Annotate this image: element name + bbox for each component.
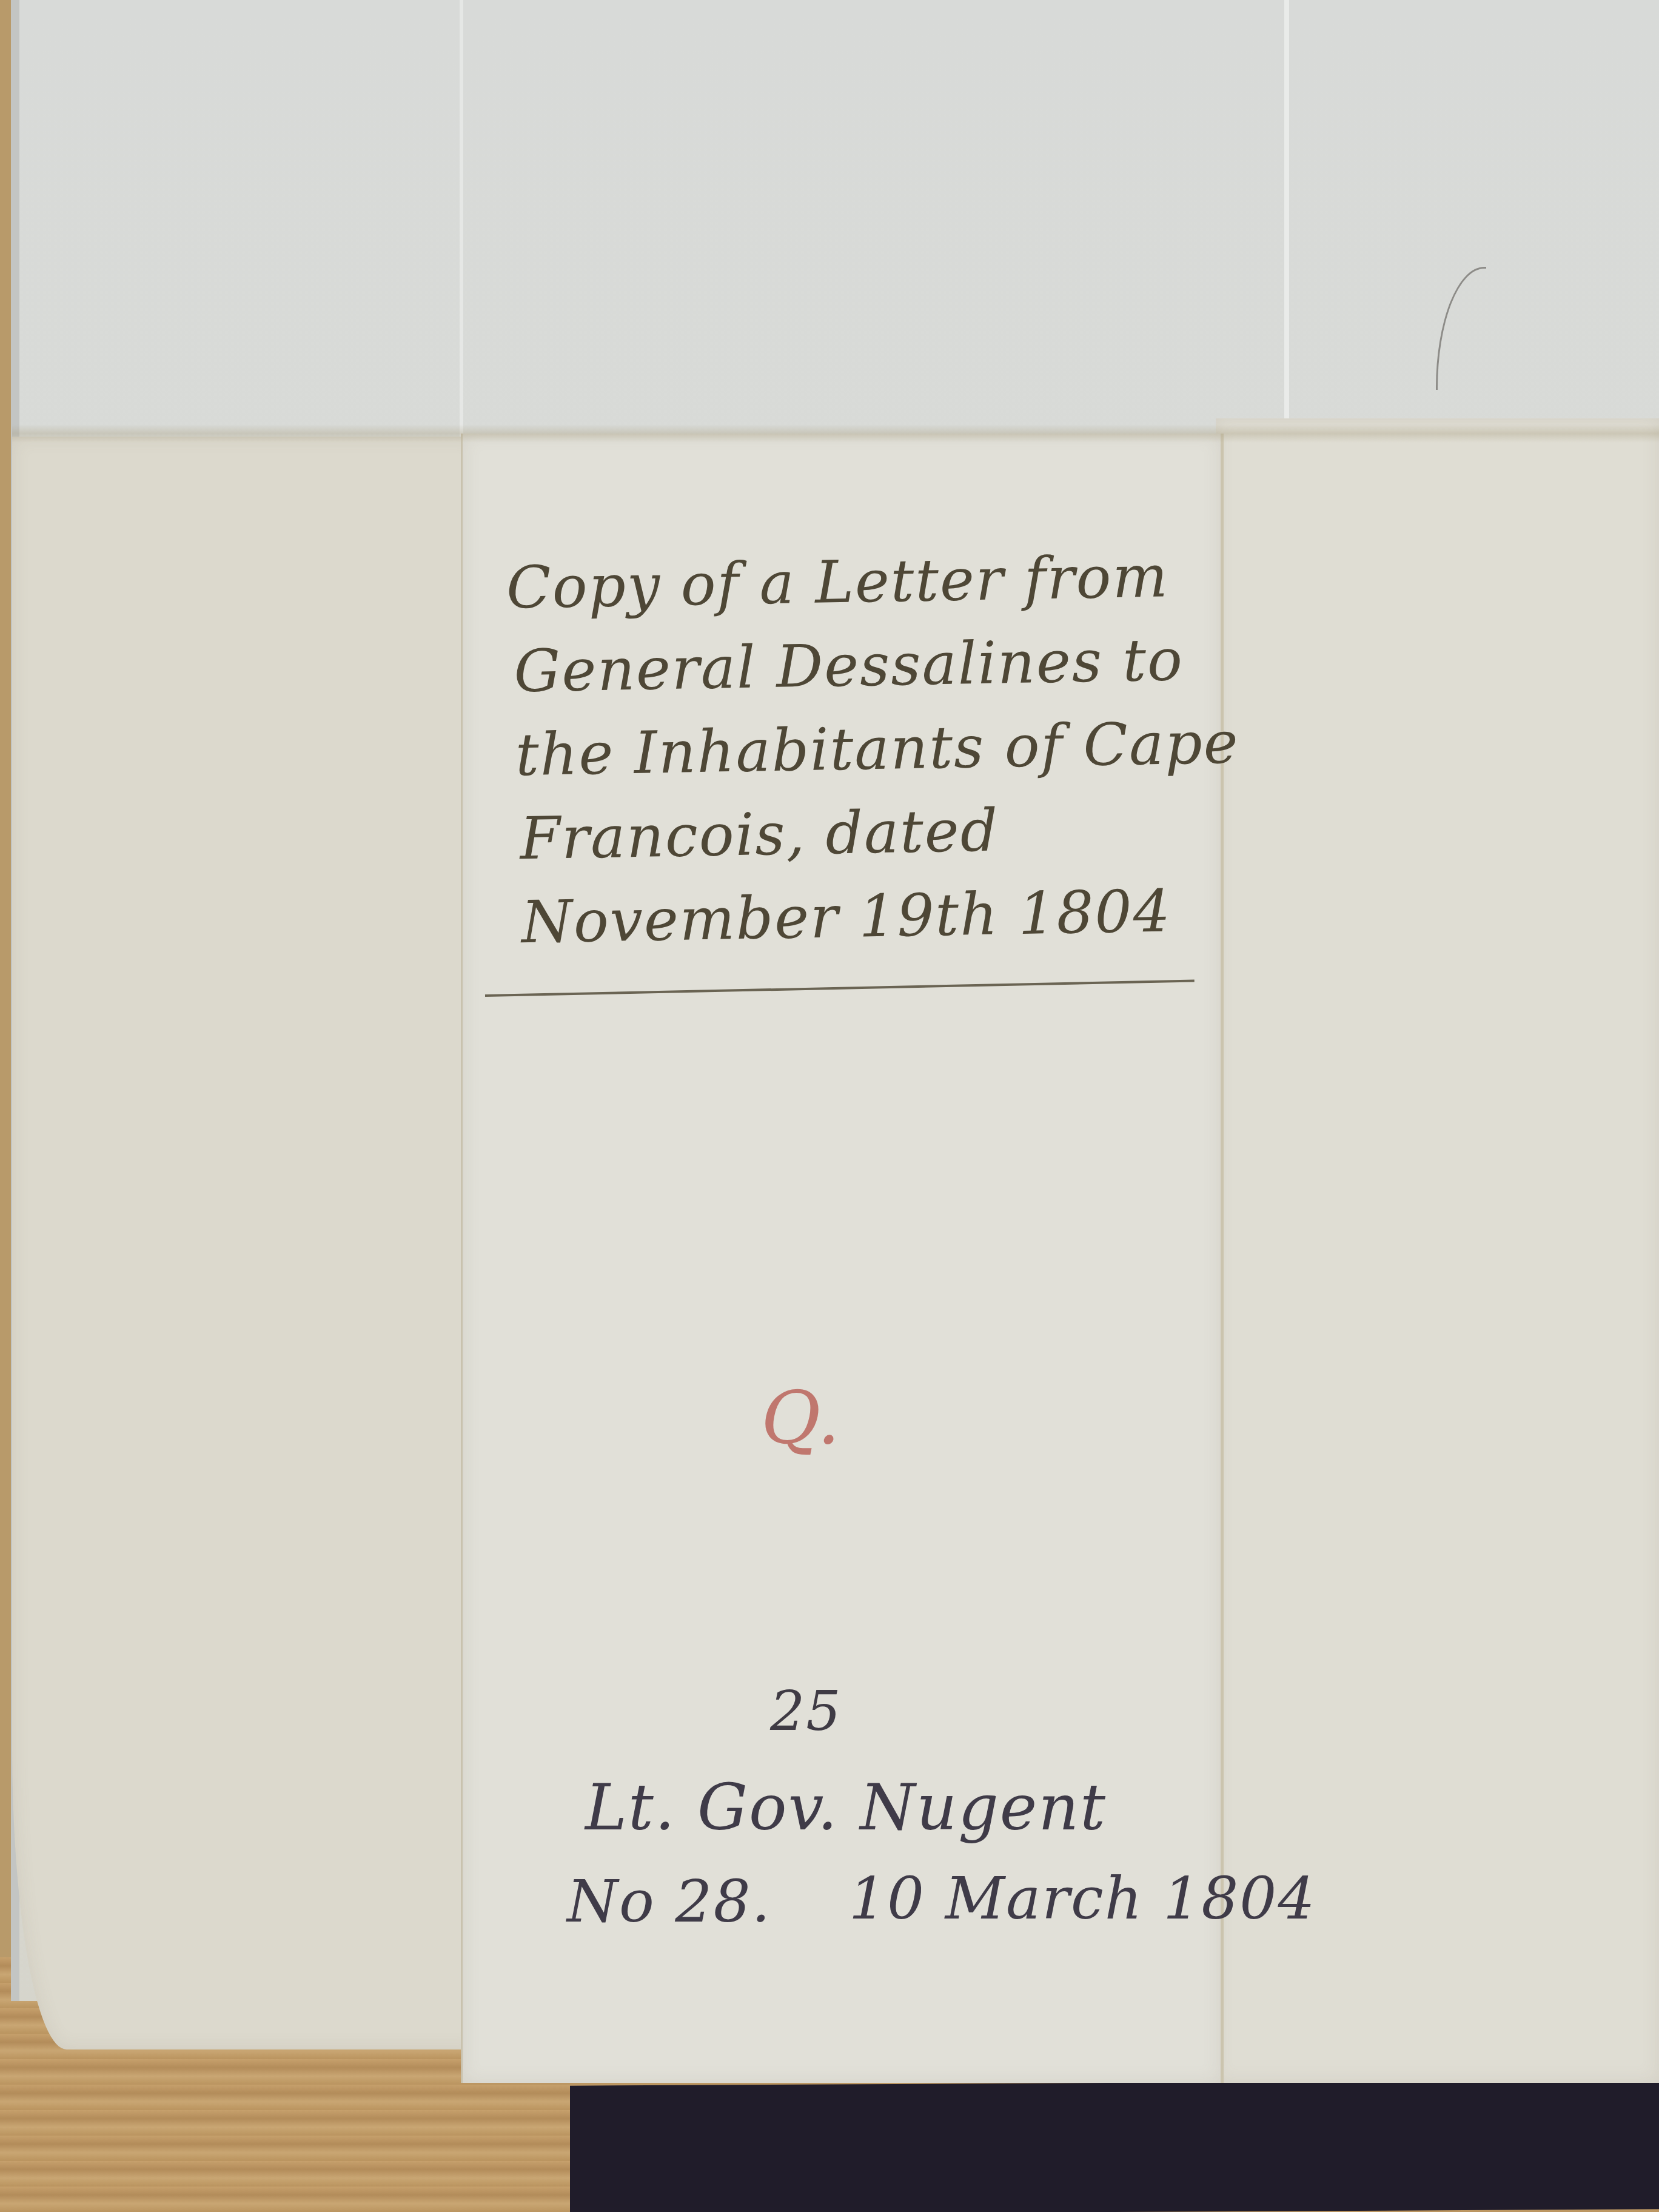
reference-date: 10 March 1804 (849, 1865, 1316, 1932)
recipient-name: Lt. Gov. Nugent (585, 1771, 1107, 1845)
paper-crease (1284, 0, 1289, 437)
reference-number: No 28. (567, 1868, 771, 1935)
docket-line: General Dessalines to (513, 617, 1238, 714)
paper-crease (460, 0, 463, 449)
black-backing-board (570, 2080, 1659, 2212)
docket-title: Copy of a Letter from General Dessalines… (506, 534, 1242, 965)
folded-panel-right (1216, 418, 1659, 2083)
folded-panel-left (12, 437, 479, 2049)
docket-line: Francois, dated (519, 784, 1241, 880)
red-ink-annotation: Q. (761, 1376, 840, 1461)
docket-line: Copy of a Letter from (506, 534, 1237, 630)
docket-line: November 19th 1804 (521, 868, 1243, 964)
horizontal-fold-line (12, 424, 1659, 443)
folio-number: 25 (770, 1680, 842, 1743)
docket-line: the Inhabitants of Cape (515, 701, 1240, 797)
ink-bleed-stroke (1436, 267, 1486, 390)
